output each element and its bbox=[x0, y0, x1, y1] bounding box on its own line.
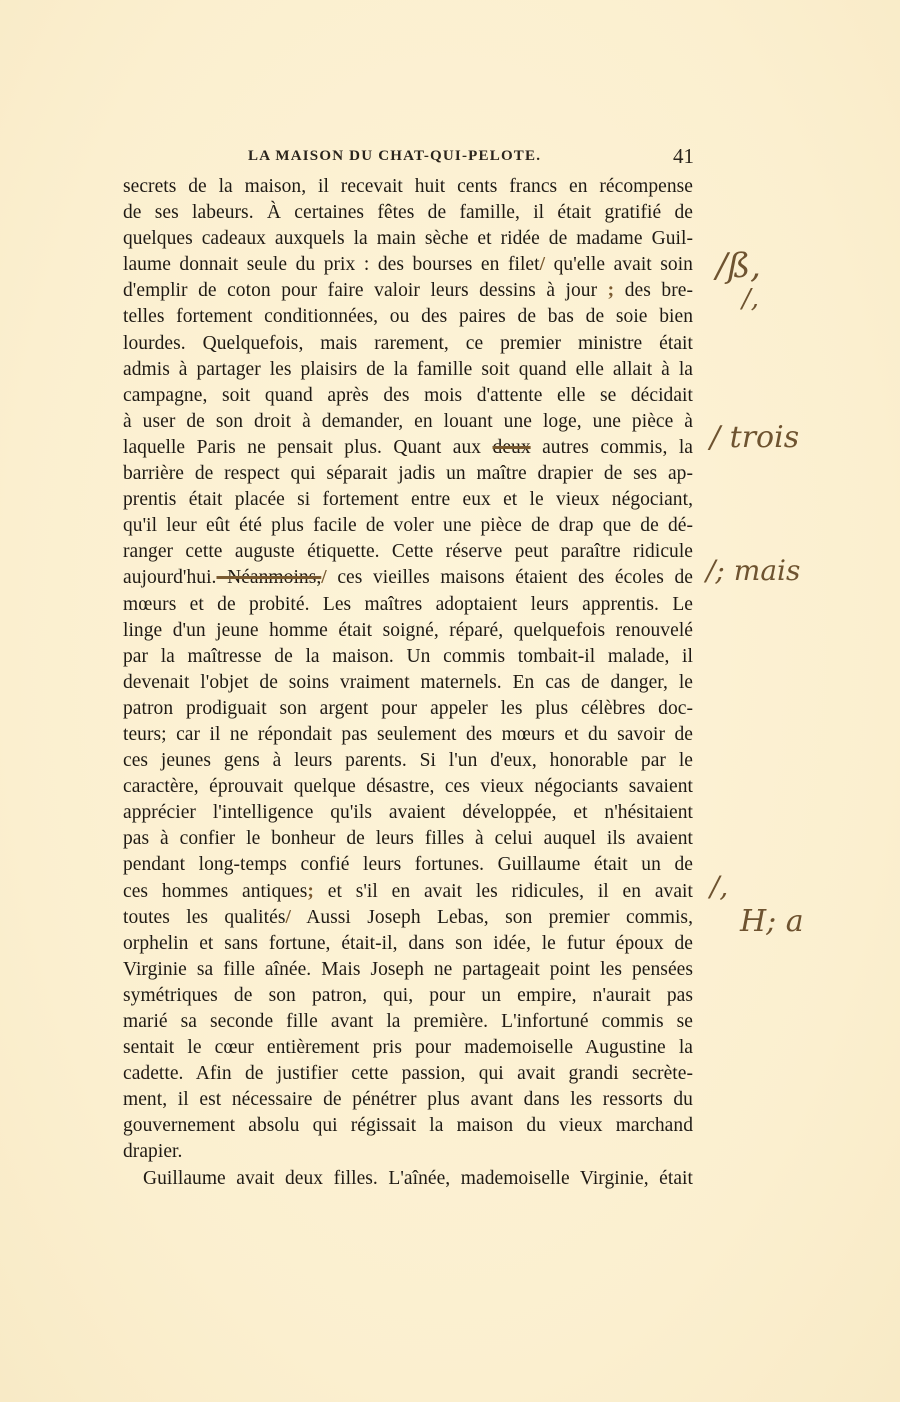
margin-annotation: H; a bbox=[740, 904, 804, 939]
text-segment: aujourd'hui. bbox=[123, 567, 216, 588]
text-line: ranger cette auguste étiquette. Cette ré… bbox=[123, 539, 693, 565]
text-line: marié sa seconde fille avant la première… bbox=[123, 1009, 693, 1035]
body-text: secrets de la maison, il recevait huit c… bbox=[123, 174, 693, 1192]
margin-annotation: /; mais bbox=[706, 554, 800, 587]
text-line: qu'il leur eût été plus facile de voler … bbox=[123, 513, 693, 539]
text-line: linge d'un jeune homme était soigné, rép… bbox=[123, 618, 693, 644]
text-line: ces hommes antiques; et s'il en avait le… bbox=[123, 879, 693, 905]
margin-annotation: / trois bbox=[710, 420, 799, 455]
text-segment: laume donnait seule du prix : des bourse… bbox=[123, 254, 540, 275]
text-segment: toutes les qualités bbox=[123, 907, 285, 928]
text-line: laume donnait seule du prix : des bourse… bbox=[123, 252, 693, 278]
text-line: quelques cadeaux auxquels la main sèche … bbox=[123, 226, 693, 252]
text-line: ment, il est nécessaire de pénétrer plus… bbox=[123, 1087, 693, 1113]
text-line: cadette. Afin de justifier cette passion… bbox=[123, 1061, 693, 1087]
margin-annotation: /ß, bbox=[716, 246, 761, 286]
text-segment: des bre- bbox=[614, 280, 693, 301]
text-line: prentis était placée si fortement entre … bbox=[123, 487, 693, 513]
text-segment: autres commis, la bbox=[531, 437, 693, 458]
text-line: lourdes. Quelquefois, mais rarement, ce … bbox=[123, 331, 693, 357]
text-line: gouvernement absolu qui régissait la mai… bbox=[123, 1113, 693, 1139]
text-line: admis à partager les plaisirs de la fami… bbox=[123, 357, 693, 383]
text-line: symétriques de son patron, qui, pour un … bbox=[123, 983, 693, 1009]
margin-annotation: /, bbox=[742, 284, 759, 314]
text-line: laquelle Paris ne pensait plus. Quant au… bbox=[123, 435, 693, 461]
text-line: Virginie sa fille aînée. Mais Joseph ne … bbox=[123, 957, 693, 983]
book-page: LA MAISON DU CHAT-QUI-PELOTE. 41 secrets… bbox=[0, 0, 900, 1402]
margin-annotation: /, bbox=[710, 870, 728, 903]
text-line: de ses labeurs. À certaines fêtes de fam… bbox=[123, 200, 693, 226]
text-line: pendant long-temps confié leurs fortunes… bbox=[123, 852, 693, 878]
text-segment: Aussi Joseph Lebas, son premier commis, bbox=[291, 907, 693, 928]
paragraph-start-line: Guillaume avait deux filles. L'aînée, ma… bbox=[123, 1166, 693, 1192]
text-line: telles fortement conditionnées, ou des p… bbox=[123, 304, 693, 330]
text-segment: et s'il en avait les ridicules, il en av… bbox=[314, 881, 693, 902]
text-line: barrière de respect qui séparait jadis u… bbox=[123, 461, 693, 487]
text-line: apprécier l'intelligence qu'ils avaient … bbox=[123, 800, 693, 826]
text-line: ces jeunes gens à leurs parents. Si l'un… bbox=[123, 748, 693, 774]
text-line: teurs; car il ne répondait pas seulement… bbox=[123, 722, 693, 748]
text-line: d'emplir de coton pour faire valoir leur… bbox=[123, 278, 693, 304]
text-line: campagne, soit quand après des mois d'at… bbox=[123, 383, 693, 409]
text-line: aujourd'hui. Néanmoins,/ ces vieilles ma… bbox=[123, 565, 693, 591]
running-head: LA MAISON DU CHAT-QUI-PELOTE. 41 bbox=[248, 146, 694, 170]
text-line: orphelin et sans fortune, était-il, dans… bbox=[123, 931, 693, 957]
correction-mark: ; bbox=[597, 280, 614, 301]
text-segment: laquelle Paris ne pensait plus. Quant au… bbox=[123, 437, 493, 458]
text-line: drapier. bbox=[123, 1139, 693, 1165]
text-segment: ces vieilles maisons étaient des écoles … bbox=[327, 567, 693, 588]
text-line: à user de son droit à demander, en louan… bbox=[123, 409, 693, 435]
text-line: par la maîtresse de la maison. Un commis… bbox=[123, 644, 693, 670]
running-title: LA MAISON DU CHAT-QUI-PELOTE. bbox=[248, 148, 541, 165]
text-line: sentait le cœur entièrement pris pour ma… bbox=[123, 1035, 693, 1061]
page-number: 41 bbox=[673, 144, 694, 169]
text-segment: qu'elle avait soin bbox=[545, 254, 693, 275]
text-line: patron prodiguait son argent pour appele… bbox=[123, 696, 693, 722]
struck-word: deux bbox=[493, 437, 531, 458]
text-line: pas à confier le bonheur de leurs filles… bbox=[123, 826, 693, 852]
text-segment: ces hommes antiques bbox=[123, 881, 307, 902]
text-segment: d'emplir de coton pour faire valoir leur… bbox=[123, 280, 597, 301]
text-line: mœurs et de probité. Les maîtres adoptai… bbox=[123, 592, 693, 618]
struck-word: Néanmoins, bbox=[216, 567, 321, 588]
text-line: toutes les qualités/ Aussi Joseph Lebas,… bbox=[123, 905, 693, 931]
text-line: caractère, éprouvait quelque désastre, c… bbox=[123, 774, 693, 800]
text-line: devenait l'objet de soins vraiment mater… bbox=[123, 670, 693, 696]
text-line: secrets de la maison, il recevait huit c… bbox=[123, 174, 693, 200]
